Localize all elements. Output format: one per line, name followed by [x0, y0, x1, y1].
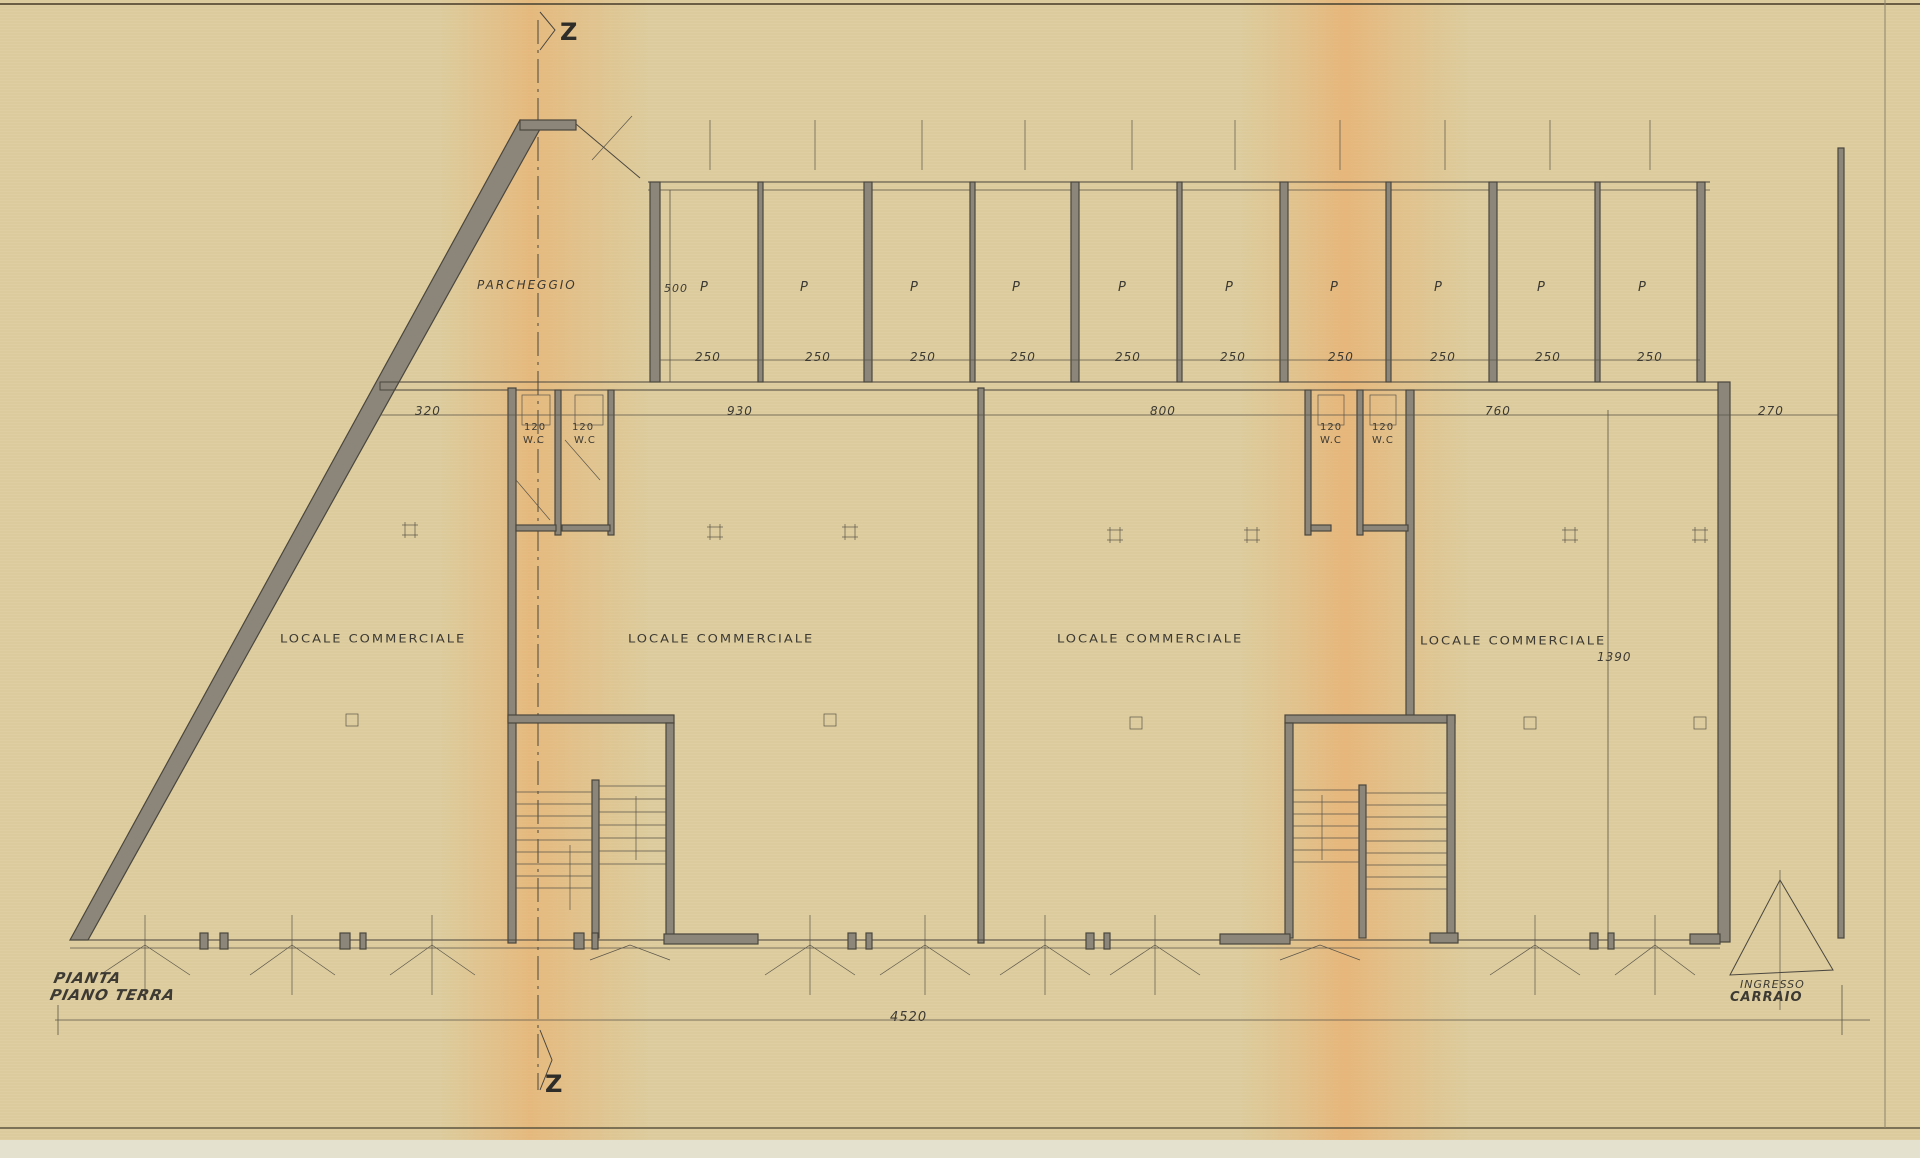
parking-width-dimension: 250 [1637, 350, 1663, 364]
wc-label: W.C [1320, 435, 1342, 446]
parking-depth-dimension: 500 [664, 282, 688, 295]
section-marker-top: Z [560, 18, 578, 46]
parking-space-label: P [1012, 280, 1021, 295]
column-markers [346, 522, 1708, 729]
parking-width-dimension: 250 [1328, 350, 1354, 364]
wc-label: W.C [1372, 435, 1394, 446]
parking-space-label: P [1638, 280, 1647, 295]
section-line-icon [538, 12, 555, 1090]
blueprint-sheet: .w{fill:#8c867a;stroke:#4a463e;stroke-wi… [0, 0, 1920, 1140]
drawing-title: PIANTA PIANO TERRA [48, 970, 180, 1004]
parking-space-label: P [1225, 280, 1234, 295]
drawing-title-line-2: PIANO TERRA [48, 987, 177, 1004]
parking-space-label: P [1537, 280, 1546, 295]
wc-block-left [516, 390, 614, 535]
entrance-label-line-2: CARRAIO [1730, 990, 1803, 1005]
parking-space-label: P [910, 280, 919, 295]
parking-width-dimension: 250 [805, 350, 831, 364]
parking-width-dimension: 250 [910, 350, 936, 364]
parking-space-label: P [700, 280, 709, 295]
section-marker-bottom: Z [545, 1070, 563, 1098]
shop-width-dimension: 760 [1485, 404, 1511, 418]
slanted-boundary-wall [70, 120, 544, 940]
wc-width-dimension: 120 [1372, 422, 1394, 433]
stair-core-right [1285, 715, 1455, 938]
room-label-shop-1: LOCALE COMMERCIALE [280, 633, 466, 646]
parking-space-label: P [1434, 280, 1443, 295]
room-label-shop-2: LOCALE COMMERCIALE [628, 633, 814, 646]
shop-width-dimension: 800 [1150, 404, 1176, 418]
parking-width-dimension: 250 [695, 350, 721, 364]
parking-space-label: P [1330, 280, 1339, 295]
room-label-shop-4: LOCALE COMMERCIALE [1420, 635, 1606, 648]
parking-label: PARCHEGGIO [477, 278, 577, 292]
shop-width-dimension: 930 [727, 404, 753, 418]
driveway-width-dimension: 270 [1758, 404, 1784, 418]
parking-width-dimension: 250 [1115, 350, 1141, 364]
parking-width-dimension: 250 [1010, 350, 1036, 364]
shop-width-dimension: 320 [415, 404, 441, 418]
wc-label: W.C [574, 435, 596, 446]
parking-width-dimension: 250 [1430, 350, 1456, 364]
facade-pillars [200, 933, 1720, 949]
parking-width-dimension: 250 [1535, 350, 1561, 364]
floor-plan-drawing: .w{fill:#8c867a;stroke:#4a463e;stroke-wi… [0, 0, 1920, 1140]
parking-space-label: P [800, 280, 809, 295]
wc-block-right [1305, 390, 1408, 535]
entry-markers [100, 915, 1695, 995]
stair-core-left [508, 715, 674, 938]
parking-width-dimension: 250 [1220, 350, 1246, 364]
wc-width-dimension: 120 [572, 422, 594, 433]
room-label-shop-3: LOCALE COMMERCIALE [1057, 633, 1243, 646]
parking-space-label: P [1118, 280, 1127, 295]
overall-length-dimension: 4520 [890, 1010, 927, 1025]
wc-width-dimension: 120 [1320, 422, 1342, 433]
wc-width-dimension: 120 [524, 422, 546, 433]
wc-label: W.C [523, 435, 545, 446]
shop-depth-dimension: 1390 [1597, 650, 1632, 664]
drawing-title-line-1: PIANTA [52, 970, 181, 987]
